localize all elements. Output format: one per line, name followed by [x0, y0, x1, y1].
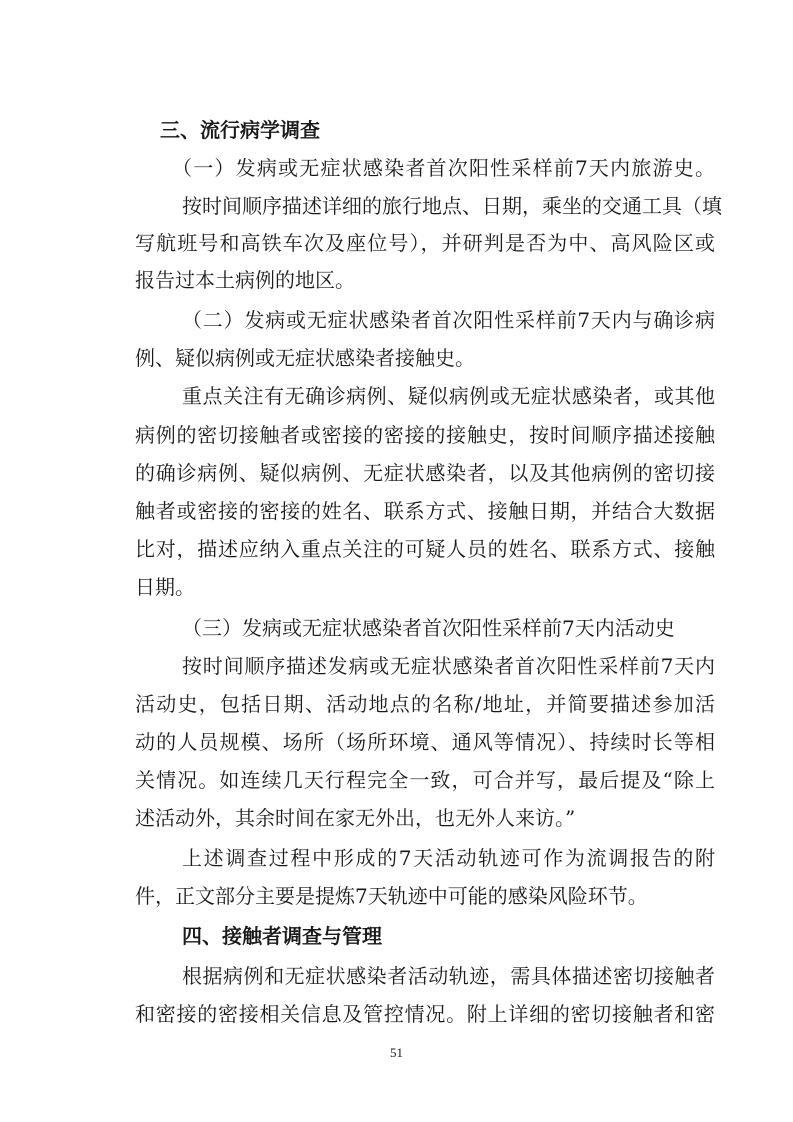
- subheading-contact-history: （二）发病或无症状感染者首次阳性采样前7天内与确诊病: [182, 302, 715, 338]
- paragraph-line: 按时间顺序描述发病或无症状感染者首次阳性采样前7天内: [182, 648, 715, 684]
- section-heading-contact-management: 四、接触者调查与管理: [182, 918, 762, 954]
- paragraph-line: 动的人员规模、场所（场所环境、通风等情况）、持续时长等相: [135, 724, 715, 760]
- paragraph-line: 的确诊病例、疑似病例、无症状感染者，以及其他病例的密切接: [135, 455, 715, 491]
- subheading-travel-history: （一）发病或无症状感染者首次阳性采样前7天内旅游史。: [172, 150, 715, 186]
- paragraph-line: 按时间顺序描述详细的旅行地点、日期，乘坐的交通工具（填: [182, 188, 715, 224]
- paragraph-line: 件，正文部分主要是提炼7天轨迹中可能的感染风险环节。: [135, 878, 715, 914]
- section-heading-epidemiology: 三、流行病学调查: [160, 112, 740, 148]
- paragraph-line: 述活动外，其余时间在家无外出，也无外人来访。”: [135, 800, 715, 836]
- paragraph-line: 和密接的密接相关信息及管控情况。附上详细的密切接触者和密: [135, 996, 715, 1032]
- paragraph-line: 根据病例和无症状感染者活动轨迹，需具体描述密切接触者: [182, 958, 715, 994]
- page-number: 51: [0, 1045, 793, 1061]
- paragraph-line: 关情况。如连续几天行程完全一致，可合并写，最后提及“除上: [135, 762, 715, 798]
- paragraph-line: 重点关注有无确诊病例、疑似病例或无症状感染者，或其他: [182, 378, 715, 414]
- paragraph-line: 例、疑似病例或无症状感染者接触史。: [135, 340, 715, 376]
- paragraph-line: 日期。: [135, 569, 715, 605]
- paragraph-line: 报告过本土病例的地区。: [135, 262, 715, 298]
- paragraph-line: 触者或密接的密接的姓名、联系方式、接触日期，并结合大数据: [135, 493, 715, 529]
- paragraph-line: 比对，描述应纳入重点关注的可疑人员的姓名、联系方式、接触: [135, 531, 715, 567]
- paragraph-line: 病例的密切接触者或密接的密接的接触史，按时间顺序描述接触: [135, 417, 715, 453]
- paragraph-line: 写航班号和高铁车次及座位号），并研判是否为中、高风险区或: [135, 225, 715, 261]
- paragraph-line: 活动史，包括日期、活动地点的名称/地址，并简要描述参加活: [135, 686, 715, 722]
- paragraph-line: 上述调查过程中形成的7天活动轨迹可作为流调报告的附: [182, 840, 715, 876]
- subheading-activity-history: （三）发病或无症状感染者首次阳性采样前7天内活动史: [182, 610, 715, 646]
